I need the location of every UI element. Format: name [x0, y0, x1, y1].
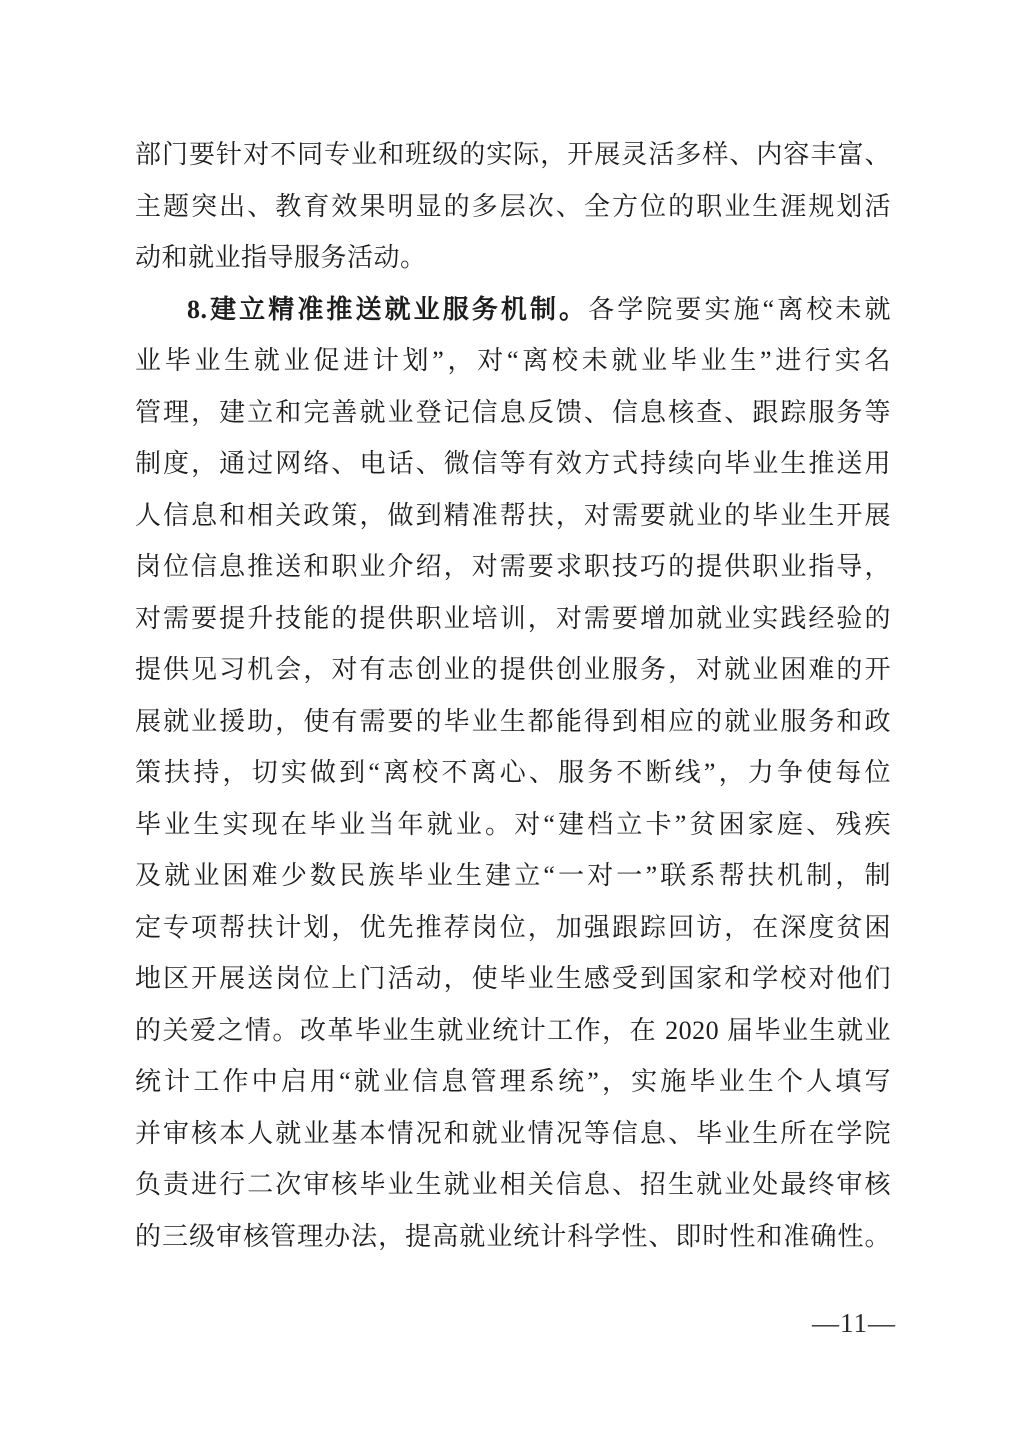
heading-bold-text: 8.建立精准推送就业服务机制。: [187, 295, 588, 324]
page-number: —11—: [812, 1308, 896, 1339]
line-text: 及就业困难少数民族毕业生建立“一对一”联系帮扶机制，制: [135, 861, 891, 890]
text-line: 制度，通过网络、电话、微信等有效方式持续向毕业生推送用: [135, 438, 891, 490]
text-line: 地区开展送岗位上门活动，使毕业生感受到国家和学校对他们: [135, 953, 891, 1005]
text-line: 动和就业指导服务活动。: [135, 232, 891, 284]
text-line-heading: 8.建立精准推送就业服务机制。各学院要实施“离校未就: [135, 284, 891, 336]
line-text: 人信息和相关政策，做到精准帮扶，对需要就业的毕业生开展: [135, 501, 891, 530]
line-text: 展就业援助，使有需要的毕业生都能得到相应的就业服务和政: [135, 707, 891, 736]
line-text: 的关爱之情。改革毕业生就业统计工作，在 2020 届毕业生就业: [135, 1016, 891, 1045]
text-line: 对需要提升技能的提供职业培训，对需要增加就业实践经验的: [135, 593, 891, 645]
text-line: 提供见习机会，对有志创业的提供创业服务，对就业困难的开: [135, 644, 891, 696]
text-line: 管理，建立和完善就业登记信息反馈、信息核查、跟踪服务等: [135, 387, 891, 439]
line-text: 的三级审核管理办法，提高就业统计科学性、即时性和准确性。: [135, 1222, 891, 1251]
text-line: 部门要针对不同专业和班级的实际，开展灵活多样、内容丰富、: [135, 129, 891, 181]
line-text: 统计工作中启用“就业信息管理系统”，实施毕业生个人填写: [135, 1067, 891, 1096]
line-text: 定专项帮扶计划，优先推荐岗位，加强跟踪回访，在深度贫困: [135, 913, 891, 942]
line-text: 管理，建立和完善就业登记信息反馈、信息核查、跟踪服务等: [135, 398, 891, 427]
text-line: 展就业援助，使有需要的毕业生都能得到相应的就业服务和政: [135, 696, 891, 748]
text-line: 定专项帮扶计划，优先推荐岗位，加强跟踪回访，在深度贫困: [135, 902, 891, 954]
text-line: 统计工作中启用“就业信息管理系统”，实施毕业生个人填写: [135, 1056, 891, 1108]
text-line: 毕业生实现在毕业当年就业。对“建档立卡”贫困家庭、残疾: [135, 799, 891, 851]
text-line: 业毕业生就业促进计划”，对“离校未就业毕业生”进行实名: [135, 335, 891, 387]
line-text: 提供见习机会，对有志创业的提供创业服务，对就业困难的开: [135, 655, 891, 684]
line-text: 动和就业指导服务活动。: [135, 243, 427, 272]
text-line: 的三级审核管理办法，提高就业统计科学性、即时性和准确性。: [135, 1211, 891, 1263]
document-body: 部门要针对不同专业和班级的实际，开展灵活多样、内容丰富、 主题突出、教育效果明显…: [135, 129, 891, 1262]
line-text: 负责进行二次审核毕业生就业相关信息、招生就业处最终审核: [135, 1170, 891, 1199]
line-text: 制度，通过网络、电话、微信等有效方式持续向毕业生推送用: [135, 449, 891, 478]
text-line: 主题突出、教育效果明显的多层次、全方位的职业生涯规划活: [135, 181, 891, 233]
text-line: 的关爱之情。改革毕业生就业统计工作，在 2020 届毕业生就业: [135, 1005, 891, 1057]
text-line: 及就业困难少数民族毕业生建立“一对一”联系帮扶机制，制: [135, 850, 891, 902]
line-text: 岗位信息推送和职业介绍，对需要求职技巧的提供职业指导，: [135, 552, 891, 581]
document-page: 部门要针对不同专业和班级的实际，开展灵活多样、内容丰富、 主题突出、教育效果明显…: [0, 0, 1024, 1448]
line-text: 毕业生实现在毕业当年就业。对“建档立卡”贫困家庭、残疾: [135, 810, 891, 839]
line-text: 主题突出、教育效果明显的多层次、全方位的职业生涯规划活: [135, 192, 891, 221]
line-text: 地区开展送岗位上门活动，使毕业生感受到国家和学校对他们: [135, 964, 891, 993]
text-line: 人信息和相关政策，做到精准帮扶，对需要就业的毕业生开展: [135, 490, 891, 542]
text-line: 岗位信息推送和职业介绍，对需要求职技巧的提供职业指导，: [135, 541, 891, 593]
line-text: 策扶持，切实做到“离校不离心、服务不断线”，力争使每位: [135, 758, 891, 787]
line-text: 各学院要实施“离校未就: [588, 295, 891, 324]
text-line: 策扶持，切实做到“离校不离心、服务不断线”，力争使每位: [135, 747, 891, 799]
line-text: 部门要针对不同专业和班级的实际，开展灵活多样、内容丰富、: [135, 140, 891, 169]
line-text: 并审核本人就业基本情况和就业情况等信息、毕业生所在学院: [135, 1119, 891, 1148]
text-line: 负责进行二次审核毕业生就业相关信息、招生就业处最终审核: [135, 1159, 891, 1211]
text-line: 并审核本人就业基本情况和就业情况等信息、毕业生所在学院: [135, 1108, 891, 1160]
line-text: 业毕业生就业促进计划”，对“离校未就业毕业生”进行实名: [135, 346, 891, 375]
line-text: 对需要提升技能的提供职业培训，对需要增加就业实践经验的: [135, 604, 891, 633]
